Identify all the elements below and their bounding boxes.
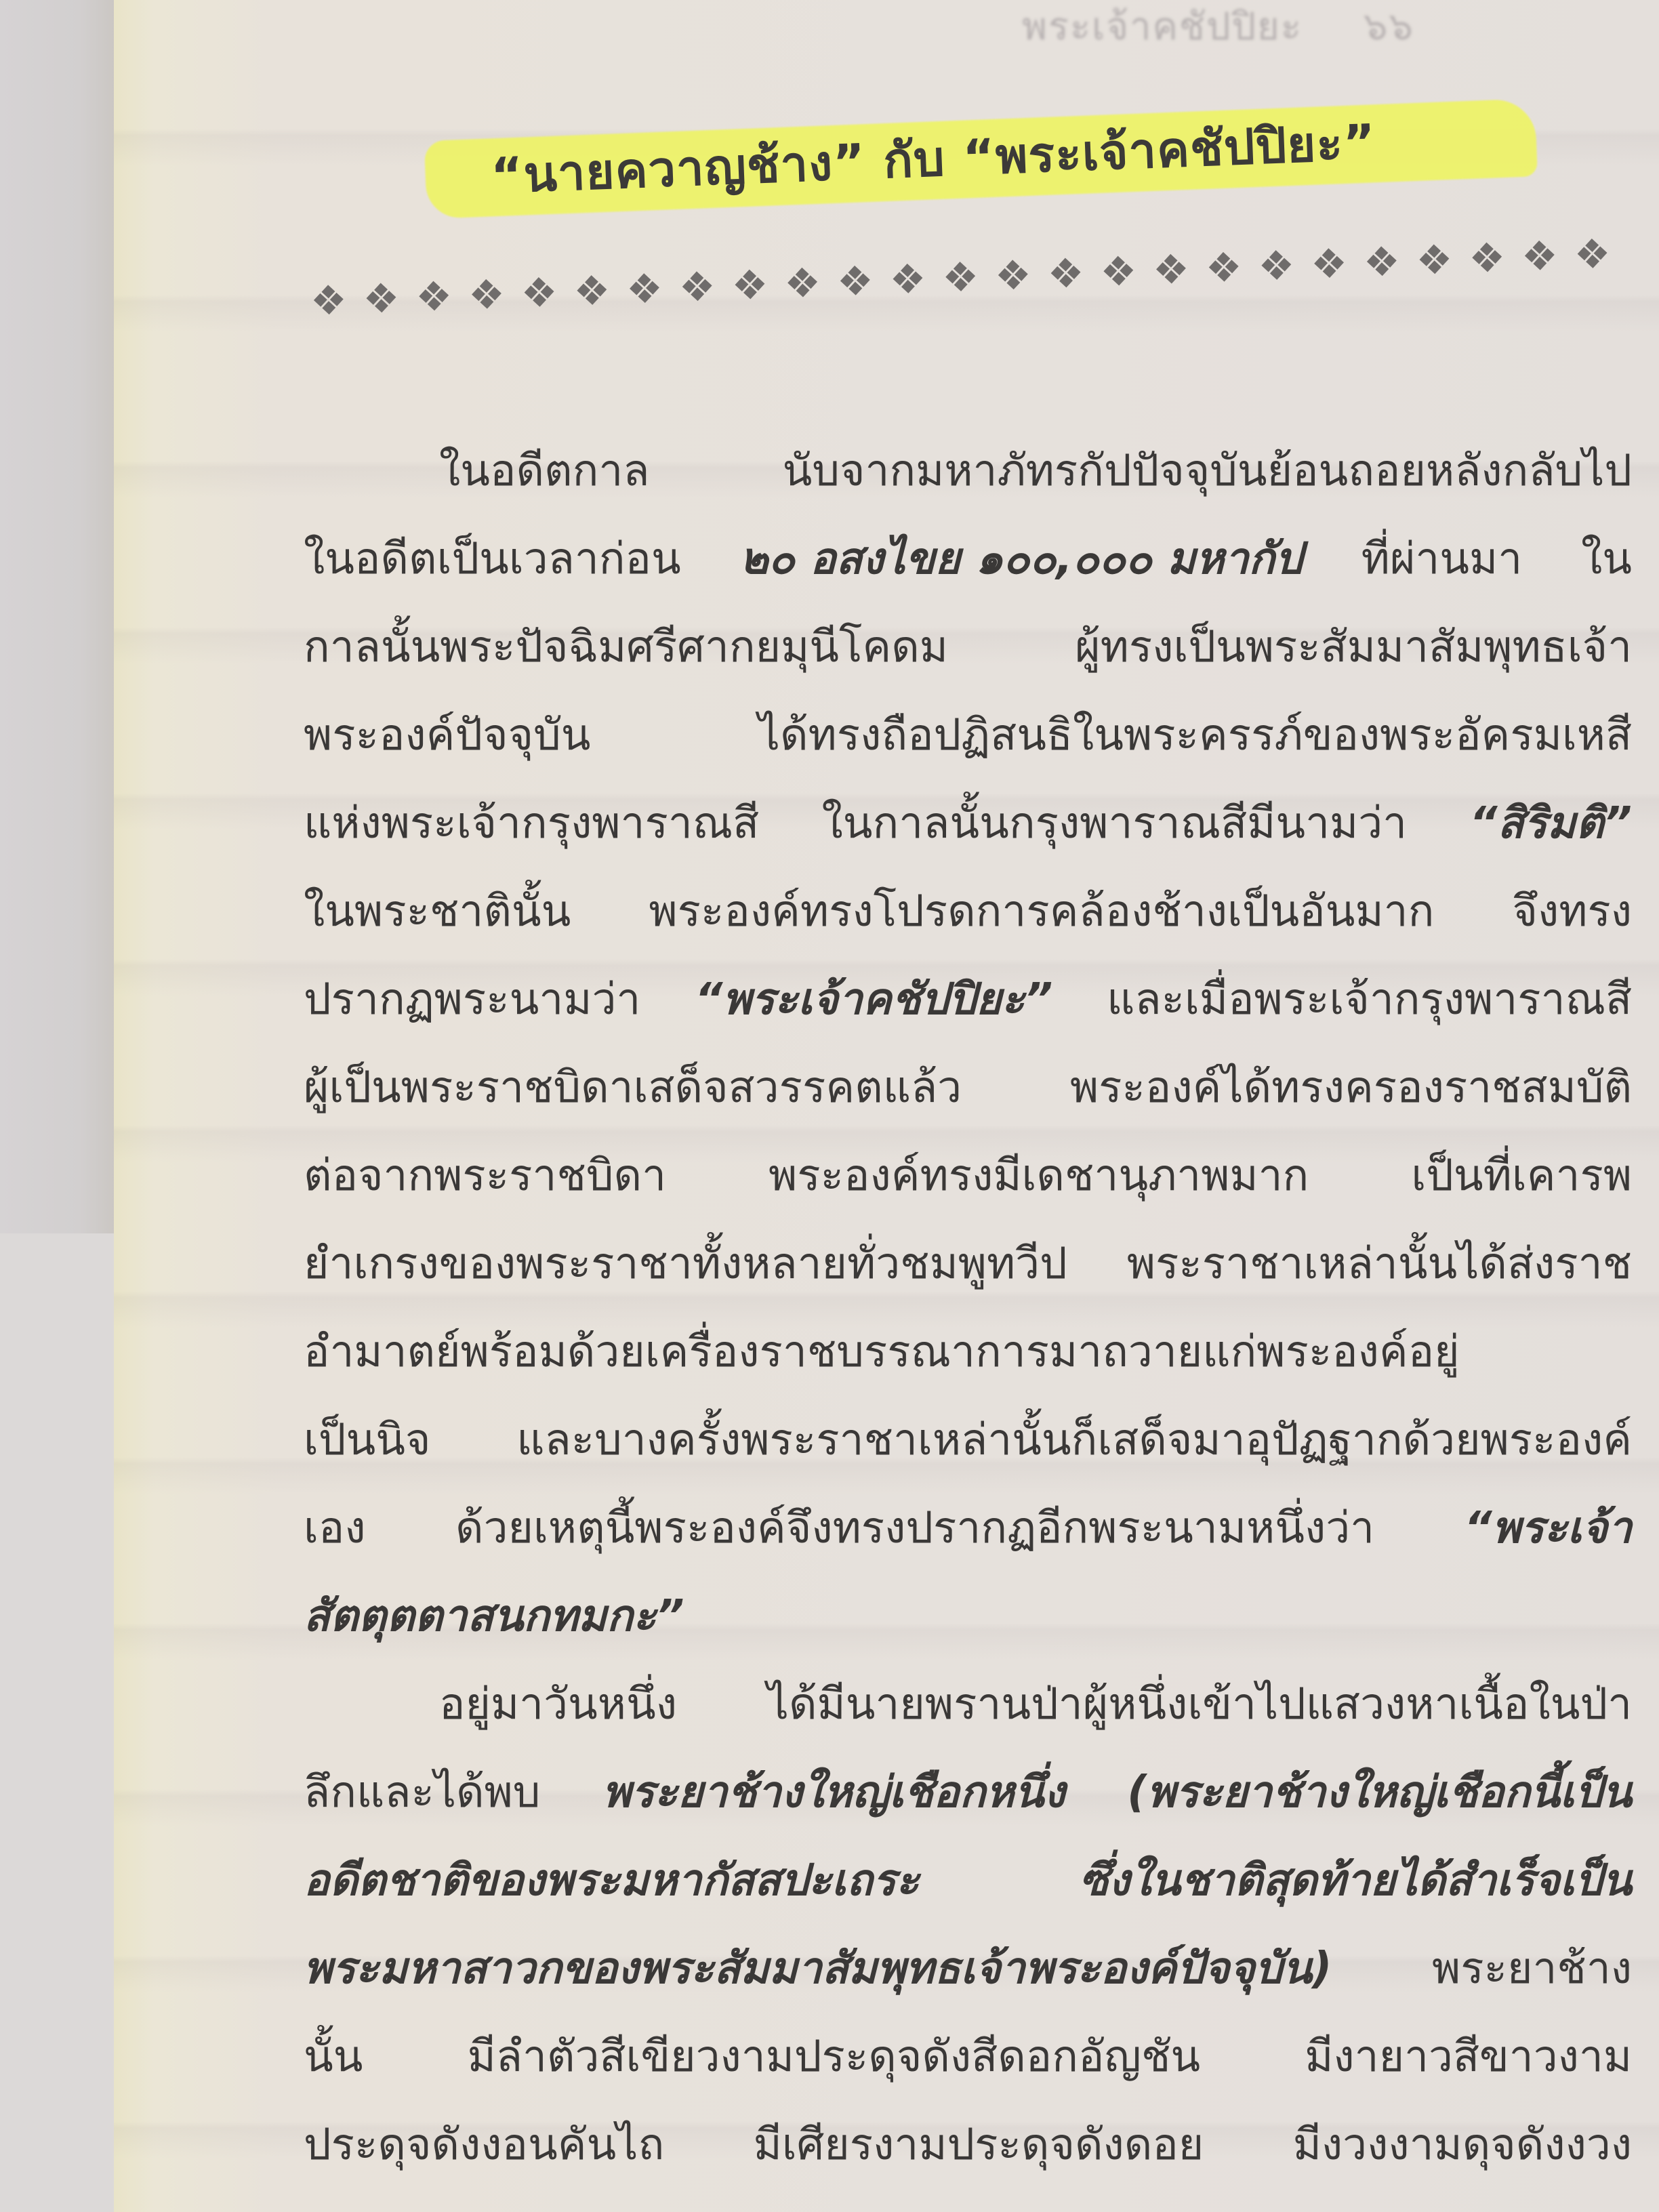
diamond-ornament-icon: ❖	[941, 257, 979, 299]
emphasized-text: ๒๐ อสงไขย ๑๐๐,๐๐๐ มหากัป	[740, 515, 1303, 603]
text-segment: ด้วยเหตุนี้พระองค์จึงทรงปรากฏอีกพระนามหน…	[455, 1484, 1374, 1572]
text-line: ในอดีตเป็นเวลาก่อน๒๐ อสงไขย ๑๐๐,๐๐๐ มหาก…	[304, 515, 1632, 603]
text-line: ลึกและได้พบพระยาช้างใหญ่เชือกหนึ่ง(พระยา…	[304, 1748, 1632, 1837]
running-head-title: พระเจ้าคชัปปิยะ	[1022, 5, 1303, 49]
text-segment: เป็นนิจ	[304, 1396, 431, 1484]
text-segment: ในพระชาตินั้น	[304, 867, 571, 956]
text-segment: ใน	[1581, 515, 1632, 603]
text-segment: ในอดีตเป็นเวลาก่อน	[304, 515, 681, 603]
text-line: พระองค์ปัจจุบันได้ทรงถือปฏิสนธิในพระครรภ…	[304, 691, 1632, 779]
diamond-ornament-icon: ❖	[1363, 241, 1401, 283]
text-line: แห่งพระเจ้ากรุงพาราณสีในกาลนั้นกรุงพาราณ…	[304, 779, 1632, 867]
text-segment: ในอดีตกาล	[439, 427, 649, 515]
diamond-ornament-icon: ❖	[1099, 251, 1137, 293]
text-segment: ในกาลนั้นกรุงพาราณสีมีนามว่า	[821, 779, 1407, 867]
text-segment: นั้น	[304, 2013, 363, 2101]
text-line: ต่อจากพระราชบิดาพระองค์ทรงมีเดชานุภาพมาก…	[304, 1132, 1632, 1220]
diamond-ornament-icon: ❖	[310, 280, 348, 322]
text-segment: ผู้ทรงเป็นพระสัมมาสัมพุทธเจ้า	[1075, 603, 1632, 691]
paragraph: ในอดีตกาลนับจากมหาภัทรกัปปัจจุบันย้อนถอย…	[304, 427, 1632, 1660]
diamond-ornament-icon: ❖	[1521, 236, 1559, 278]
text-segment: อยู่มาวันหนึ่ง	[439, 1660, 677, 1748]
emphasized-text: “พระเจ้าคชัปปิยะ”	[695, 956, 1052, 1044]
text-line: ผู้เป็นพระราชบิดาเสด็จสวรรคตแล้วพระองค์ไ…	[304, 1044, 1632, 1132]
chapter-title: “นายควาญช้าง” กับ “พระเจ้าคชัปปิยะ”	[302, 92, 1525, 227]
diamond-ornament-icon: ❖	[1574, 234, 1612, 276]
body-text: ในอดีตกาลนับจากมหาภัทรกัปปัจจุบันย้อนถอย…	[304, 427, 1632, 2189]
text-segment: เป็นที่เคารพ	[1411, 1132, 1632, 1220]
diamond-ornament-icon: ❖	[889, 259, 927, 301]
text-line: ในพระชาตินั้นพระองค์ทรงโปรดการคล้องช้างเ…	[304, 867, 1632, 956]
text-segment: ผู้เป็นพระราชบิดาเสด็จสวรรคตแล้ว	[304, 1044, 962, 1132]
text-segment: ปรากฏพระนามว่า	[304, 956, 640, 1044]
text-segment: มีเศียรงามประดุจดังดอย	[754, 2101, 1204, 2189]
text-segment: ลึกและได้พบ	[304, 1748, 540, 1837]
text-segment: พระยาช้าง	[1432, 1925, 1632, 2013]
page-number: ๖๖	[1364, 5, 1414, 49]
paragraph: อยู่มาวันหนึ่งได้มีนายพรานป่าผู้หนึ่งเข้…	[304, 1660, 1632, 2189]
text-segment: ยำเกรงของพระราชาทั้งหลายทั่วชมพูทวีป	[304, 1220, 1067, 1308]
emphasized-text: ซึ่งในชาติสุดท้ายได้สำเร็จเป็น	[1079, 1837, 1632, 1925]
text-line: สัตตุตตาสนกทมกะ”	[304, 1572, 1632, 1660]
text-line: เองด้วยเหตุนี้พระองค์จึงทรงปรากฏอีกพระนา…	[304, 1484, 1632, 1572]
text-segment: และเมื่อพระเจ้ากรุงพาราณสี	[1107, 956, 1632, 1044]
text-segment: ได้มีนายพรานป่าผู้หนึ่งเข้าไปแสวงหาเนื้อ…	[767, 1660, 1632, 1748]
text-segment: แห่งพระเจ้ากรุงพาราณสี	[304, 779, 759, 867]
ornamental-divider: ❖❖❖❖❖❖❖❖❖❖❖❖❖❖❖❖❖❖❖❖❖❖❖❖❖	[310, 234, 1612, 322]
text-segment: ต่อจากพระราชบิดา	[304, 1132, 666, 1220]
text-segment: จึงทรง	[1512, 867, 1632, 956]
text-line: ในอดีตกาลนับจากมหาภัทรกัปปัจจุบันย้อนถอย…	[304, 427, 1632, 515]
text-line: พระมหาสาวกของพระสัมมาสัมพุทธเจ้าพระองค์ป…	[304, 1925, 1632, 2013]
text-segment: และบางครั้งพระราชาเหล่านั้นก็เสด็จมาอุปั…	[516, 1396, 1632, 1484]
diamond-ornament-icon: ❖	[520, 272, 558, 314]
text-line: กาลนั้นพระปัจฉิมศรีศากยมุนีโคดมผู้ทรงเป็…	[304, 603, 1632, 691]
diamond-ornament-icon: ❖	[783, 262, 821, 304]
emphasized-text: สัตตุตตาสนกทมกะ”	[304, 1572, 684, 1660]
text-segment: กาลนั้นพระปัจฉิมศรีศากยมุนีโคดม	[304, 603, 948, 691]
diamond-ornament-icon: ❖	[1257, 245, 1295, 287]
diamond-ornament-icon: ❖	[363, 278, 401, 320]
diamond-ornament-icon: ❖	[1310, 243, 1348, 285]
text-line: นั้นมีลำตัวสีเขียวงามประดุจดังสีดอกอัญชั…	[304, 2013, 1632, 2101]
text-line: เป็นนิจและบางครั้งพระราชาเหล่านั้นก็เสด็…	[304, 1396, 1632, 1484]
diamond-ornament-icon: ❖	[1047, 253, 1085, 295]
text-segment: มีงายาวสีขาวงาม	[1305, 2013, 1632, 2101]
diamond-ornament-icon: ❖	[626, 268, 663, 310]
diamond-ornament-icon: ❖	[415, 276, 453, 318]
text-line: ปรากฏพระนามว่า“พระเจ้าคชัปปิยะ”และเมื่อพ…	[304, 956, 1632, 1044]
emphasized-text: (พระยาช้างใหญ่เชือกนี้เป็น	[1127, 1748, 1632, 1837]
emphasized-text: “สิริมติ”	[1469, 779, 1632, 867]
diamond-ornament-icon: ❖	[573, 270, 611, 312]
text-line: ประดุจดังงอนคันไถมีเศียรงามประดุจดังดอยม…	[304, 2101, 1632, 2189]
chapter-title-block: “นายควาญช้าง” กับ “พระเจ้าคชัปปิยะ”	[302, 92, 1525, 227]
text-segment: เอง	[304, 1484, 366, 1572]
emphasized-text: พระยาช้างใหญ่เชือกหนึ่ง	[602, 1748, 1065, 1837]
text-line: อำมาตย์พร้อมด้วยเครื่องราชบรรณาการมาถวาย…	[304, 1308, 1632, 1396]
facing-page-edge	[0, 0, 114, 2212]
text-line: อยู่มาวันหนึ่งได้มีนายพรานป่าผู้หนึ่งเข้…	[304, 1660, 1632, 1748]
running-head: พระเจ้าคชัปปิยะ ๖๖	[1022, 0, 1414, 56]
text-segment: พระราชาเหล่านั้นได้ส่งราช	[1127, 1220, 1632, 1308]
diamond-ornament-icon: ❖	[994, 255, 1032, 297]
diamond-ornament-icon: ❖	[1416, 239, 1454, 281]
text-segment: ได้ทรงถือปฏิสนธิในพระครรภ์ของพระอัครมเหส…	[758, 691, 1632, 779]
diamond-ornament-icon: ❖	[1468, 237, 1506, 279]
text-segment: มีลำตัวสีเขียวงามประดุจดังสีดอกอัญชัน	[468, 2013, 1201, 2101]
text-segment: ประดุจดังงอนคันไถ	[304, 2101, 664, 2189]
emphasized-text: อดีตชาติของพระมหากัสสปะเถระ	[304, 1837, 919, 1925]
book-page: พระเจ้าคชัปปิยะ ๖๖ “นายควาญช้าง” กับ “พร…	[114, 0, 1659, 2212]
diamond-ornament-icon: ❖	[731, 264, 769, 306]
diamond-ornament-icon: ❖	[678, 266, 716, 308]
text-segment: อำมาตย์พร้อมด้วยเครื่องราชบรรณาการมาถวาย…	[304, 1308, 1460, 1396]
text-segment: พระองค์ได้ทรงครองราชสมบัติ	[1070, 1044, 1632, 1132]
diamond-ornament-icon: ❖	[836, 261, 874, 303]
text-segment: ที่ผ่านมา	[1361, 515, 1523, 603]
diamond-ornament-icon: ❖	[468, 274, 506, 316]
facing-page-shadow	[0, 1233, 114, 2212]
diamond-ornament-icon: ❖	[1205, 247, 1243, 289]
text-line: อดีตชาติของพระมหากัสสปะเถระซึ่งในชาติสุด…	[304, 1837, 1632, 1925]
diamond-ornament-icon: ❖	[1152, 249, 1190, 291]
emphasized-text: พระมหาสาวกของพระสัมมาสัมพุทธเจ้าพระองค์ป…	[304, 1925, 1332, 2013]
text-segment: มีงวงงามดุจดังงวง	[1293, 2101, 1632, 2189]
text-segment: นับจากมหาภัทรกัปปัจจุบันย้อนถอยหลังกลับไ…	[783, 427, 1632, 515]
text-segment: พระองค์ทรงมีเดชานุภาพมาก	[769, 1132, 1309, 1220]
emphasized-text: “พระเจ้า	[1465, 1484, 1632, 1572]
text-line: ยำเกรงของพระราชาทั้งหลายทั่วชมพูทวีปพระร…	[304, 1220, 1632, 1308]
text-segment: พระองค์ปัจจุบัน	[304, 691, 590, 779]
text-segment: พระองค์ทรงโปรดการคล้องช้างเป็นอันมาก	[649, 867, 1434, 956]
